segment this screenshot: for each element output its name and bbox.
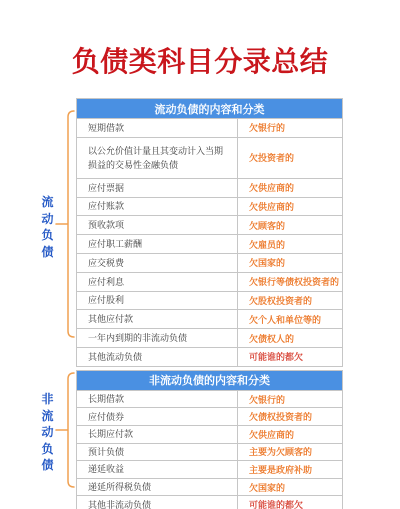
account-item: 应付票据 bbox=[77, 179, 238, 197]
table-row: 预收款项欠顾客的 bbox=[77, 215, 342, 234]
account-item: 短期借款 bbox=[77, 119, 238, 137]
owed-to: 欠国家的 bbox=[238, 479, 342, 496]
account-item: 预计负债 bbox=[77, 444, 238, 461]
account-item: 应付债券 bbox=[77, 408, 238, 425]
section-header: 流动负债的内容和分类 bbox=[77, 99, 342, 118]
current-liabilities-brace-icon bbox=[56, 111, 74, 337]
account-item: 以公允价值计量且其变动计入当期损益的交易性金融负债 bbox=[77, 138, 238, 178]
table-row: 一年内到期的非流动负债欠债权人的 bbox=[77, 328, 342, 347]
page: 负债类科目分录总结 流动负债 非流动负债 流动负债的内容和分类短期借款欠银行的以… bbox=[0, 0, 400, 509]
account-item: 其他流动负债 bbox=[77, 348, 238, 366]
table-row: 长期应付款欠供应商的 bbox=[77, 425, 342, 443]
table-section: 非流动负债的内容和分类长期借款欠银行的应付债券欠债权投资者的长期应付款欠供应商的… bbox=[76, 370, 343, 509]
table-row: 应付职工薪酬欠雇员的 bbox=[77, 234, 342, 253]
owed-to: 欠供应商的 bbox=[238, 179, 342, 197]
account-item: 一年内到期的非流动负债 bbox=[77, 329, 238, 347]
page-title: 负债类科目分录总结 bbox=[0, 40, 400, 80]
side-label-current-liabilities: 流动负债 bbox=[40, 194, 55, 260]
table-row: 应付票据欠供应商的 bbox=[77, 178, 342, 197]
account-item: 长期借款 bbox=[77, 391, 238, 408]
owed-to: 可能谁的都欠 bbox=[238, 348, 342, 366]
table-row: 应付账款欠供应商的 bbox=[77, 197, 342, 216]
account-item: 应付职工薪酬 bbox=[77, 235, 238, 253]
owed-to: 欠个人和单位等的 bbox=[238, 310, 342, 328]
owed-to: 欠供应商的 bbox=[238, 426, 342, 443]
table-row: 应付债券欠债权投资者的 bbox=[77, 407, 342, 425]
account-item: 长期应付款 bbox=[77, 426, 238, 443]
owed-to: 主要为欠顾客的 bbox=[238, 444, 342, 461]
table-row: 长期借款欠银行的 bbox=[77, 390, 342, 408]
account-item: 递延所得税负债 bbox=[77, 479, 238, 496]
owed-to: 欠银行的 bbox=[238, 391, 342, 408]
owed-to: 欠债权投资者的 bbox=[238, 408, 342, 425]
account-item: 其他非流动负债 bbox=[77, 496, 238, 509]
account-item: 预收款项 bbox=[77, 216, 238, 234]
owed-to: 欠国家的 bbox=[238, 254, 342, 272]
table-row: 递延收益主要是政府补助 bbox=[77, 460, 342, 478]
owed-to: 欠银行的 bbox=[238, 119, 342, 137]
liability-table: 流动负债的内容和分类短期借款欠银行的以公允价值计量且其变动计入当期损益的交易性金… bbox=[76, 98, 343, 509]
section-header: 非流动负债的内容和分类 bbox=[77, 371, 342, 390]
table-row: 应付股利欠股权投资者的 bbox=[77, 291, 342, 310]
account-item: 其他应付款 bbox=[77, 310, 238, 328]
account-item: 递延收益 bbox=[77, 461, 238, 478]
table-row: 短期借款欠银行的 bbox=[77, 118, 342, 137]
table-section: 流动负债的内容和分类短期借款欠银行的以公允价值计量且其变动计入当期损益的交易性金… bbox=[76, 98, 343, 367]
account-item: 应交税费 bbox=[77, 254, 238, 272]
owed-to: 主要是政府补助 bbox=[238, 461, 342, 478]
owed-to: 欠供应商的 bbox=[238, 198, 342, 216]
account-item: 应付股利 bbox=[77, 292, 238, 310]
table-row: 其他非流动负债可能谁的都欠 bbox=[77, 495, 342, 509]
owed-to: 欠投资者的 bbox=[238, 138, 342, 178]
account-item: 应付利息 bbox=[77, 273, 238, 291]
table-row: 递延所得税负债欠国家的 bbox=[77, 478, 342, 496]
owed-to: 欠股权投资者的 bbox=[238, 292, 342, 310]
table-row: 应付利息欠银行等债权投资者的 bbox=[77, 272, 342, 291]
side-label-noncurrent-liabilities: 非流动负债 bbox=[40, 391, 55, 474]
owed-to: 可能谁的都欠 bbox=[238, 496, 342, 509]
table-row: 其他流动负债可能谁的都欠 bbox=[77, 347, 342, 366]
owed-to: 欠债权人的 bbox=[238, 329, 342, 347]
owed-to: 欠银行等债权投资者的 bbox=[238, 273, 342, 291]
owed-to: 欠雇员的 bbox=[238, 235, 342, 253]
table-row: 应交税费欠国家的 bbox=[77, 253, 342, 272]
table-row: 其他应付款欠个人和单位等的 bbox=[77, 309, 342, 328]
table-row: 以公允价值计量且其变动计入当期损益的交易性金融负债欠投资者的 bbox=[77, 137, 342, 178]
table-row: 预计负债主要为欠顾客的 bbox=[77, 443, 342, 461]
account-item: 应付账款 bbox=[77, 198, 238, 216]
noncurrent-liabilities-brace-icon bbox=[56, 373, 74, 487]
owed-to: 欠顾客的 bbox=[238, 216, 342, 234]
